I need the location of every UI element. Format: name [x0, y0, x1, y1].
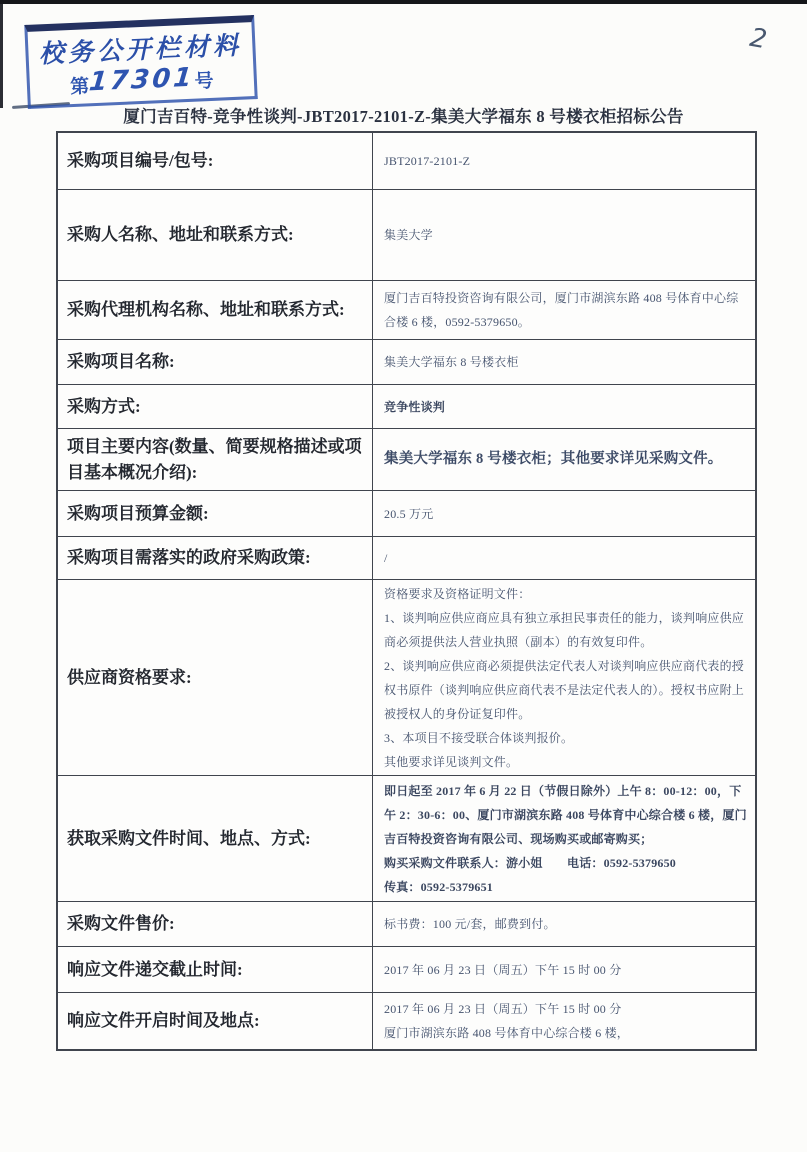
- row-label: 采购项目编号/包号:: [58, 133, 373, 189]
- table-row: 采购项目预算金额: 20.5 万元: [58, 490, 755, 536]
- table-row: 响应文件递交截止时间: 2017 年 06 月 23 日（周五）下午 15 时 …: [58, 946, 755, 992]
- row-value: JBT2017-2101-Z: [373, 133, 755, 189]
- table-row: 项目主要内容(数量、简要规格描述或项目基本概况介绍): 集美大学福东 8 号楼衣…: [58, 428, 755, 490]
- table-row: 响应文件开启时间及地点: 2017 年 06 月 23 日（周五）下午 15 时…: [58, 992, 755, 1049]
- table-row: 获取采购文件时间、地点、方式: 即日起至 2017 年 6 月 22 日（节假日…: [58, 775, 755, 901]
- row-value: 20.5 万元: [373, 491, 755, 536]
- row-value: 集美大学: [373, 190, 755, 280]
- row-value: 标书费：100 元/套，邮费到付。: [373, 902, 755, 946]
- document-title: 厦门吉百特-竞争性谈判-JBT2017-2101-Z-集美大学福东 8 号楼衣柜…: [0, 103, 807, 127]
- table-row: 采购项目名称: 集美大学福东 8 号楼衣柜: [58, 339, 755, 384]
- row-value: 集美大学福东 8 号楼衣柜；其他要求详见采购文件。: [373, 429, 755, 490]
- row-value: 集美大学福东 8 号楼衣柜: [373, 340, 755, 384]
- table-row: 采购项目需落实的政府采购政策: /: [58, 536, 755, 579]
- table-row: 采购代理机构名称、地址和联系方式: 厦门吉百特投资咨询有限公司，厦门市湖滨东路 …: [58, 280, 755, 339]
- handwritten-corner-mark: 2: [748, 23, 770, 55]
- table-row: 采购文件售价: 标书费：100 元/套，邮费到付。: [58, 901, 755, 946]
- row-label: 采购项目需落实的政府采购政策:: [58, 537, 373, 579]
- row-value: 2017 年 06 月 23 日（周五）下午 15 时 00 分 厦门市湖滨东路…: [373, 993, 755, 1049]
- row-value: /: [373, 537, 755, 579]
- row-label: 采购文件售价:: [58, 902, 373, 946]
- row-label: 获取采购文件时间、地点、方式:: [58, 776, 373, 901]
- row-label: 响应文件递交截止时间:: [58, 947, 373, 992]
- row-value: 即日起至 2017 年 6 月 22 日（节假日除外）上午 8：00-12：00…: [373, 776, 755, 901]
- table-row: 供应商资格要求: 资格要求及资格证明文件： 1、谈判响应供应商应具有独立承担民事…: [58, 579, 755, 775]
- row-value: 厦门吉百特投资咨询有限公司，厦门市湖滨东路 408 号体育中心综合楼 6 楼，0…: [373, 281, 755, 339]
- row-label: 供应商资格要求:: [58, 580, 373, 775]
- row-label: 响应文件开启时间及地点:: [58, 993, 373, 1049]
- tender-info-table: 采购项目编号/包号: JBT2017-2101-Z 采购人名称、地址和联系方式:…: [56, 131, 757, 1051]
- row-label: 采购代理机构名称、地址和联系方式:: [58, 281, 373, 339]
- stamp-number-prefix: 第: [70, 76, 90, 98]
- stamp-number-suffix: 号: [194, 71, 214, 93]
- table-row: 采购项目编号/包号: JBT2017-2101-Z: [58, 133, 755, 189]
- row-label: 采购人名称、地址和联系方式:: [58, 190, 373, 280]
- blue-office-stamp: 校务公开栏材料 第17301号: [24, 15, 257, 109]
- row-value: 竞争性谈判: [373, 385, 755, 428]
- row-label: 采购方式:: [58, 385, 373, 428]
- scanned-document-page: 校务公开栏材料 第17301号 2 厦门吉百特-竞争性谈判-JBT2017-21…: [0, 0, 807, 1152]
- row-label: 项目主要内容(数量、简要规格描述或项目基本概况介绍):: [58, 429, 373, 490]
- row-value: 2017 年 06 月 23 日（周五）下午 15 时 00 分: [373, 947, 755, 992]
- row-value: 资格要求及资格证明文件： 1、谈判响应供应商应具有独立承担民事责任的能力，谈判响…: [373, 580, 755, 775]
- stamp-handwritten-number: 17301: [88, 63, 196, 98]
- row-label: 采购项目名称:: [58, 340, 373, 384]
- scan-artifact-left-edge: [0, 4, 3, 108]
- table-row: 采购方式: 竞争性谈判: [58, 384, 755, 428]
- table-row: 采购人名称、地址和联系方式: 集美大学: [58, 189, 755, 280]
- row-label: 采购项目预算金额:: [58, 491, 373, 536]
- scan-artifact-top-edge: [0, 0, 807, 4]
